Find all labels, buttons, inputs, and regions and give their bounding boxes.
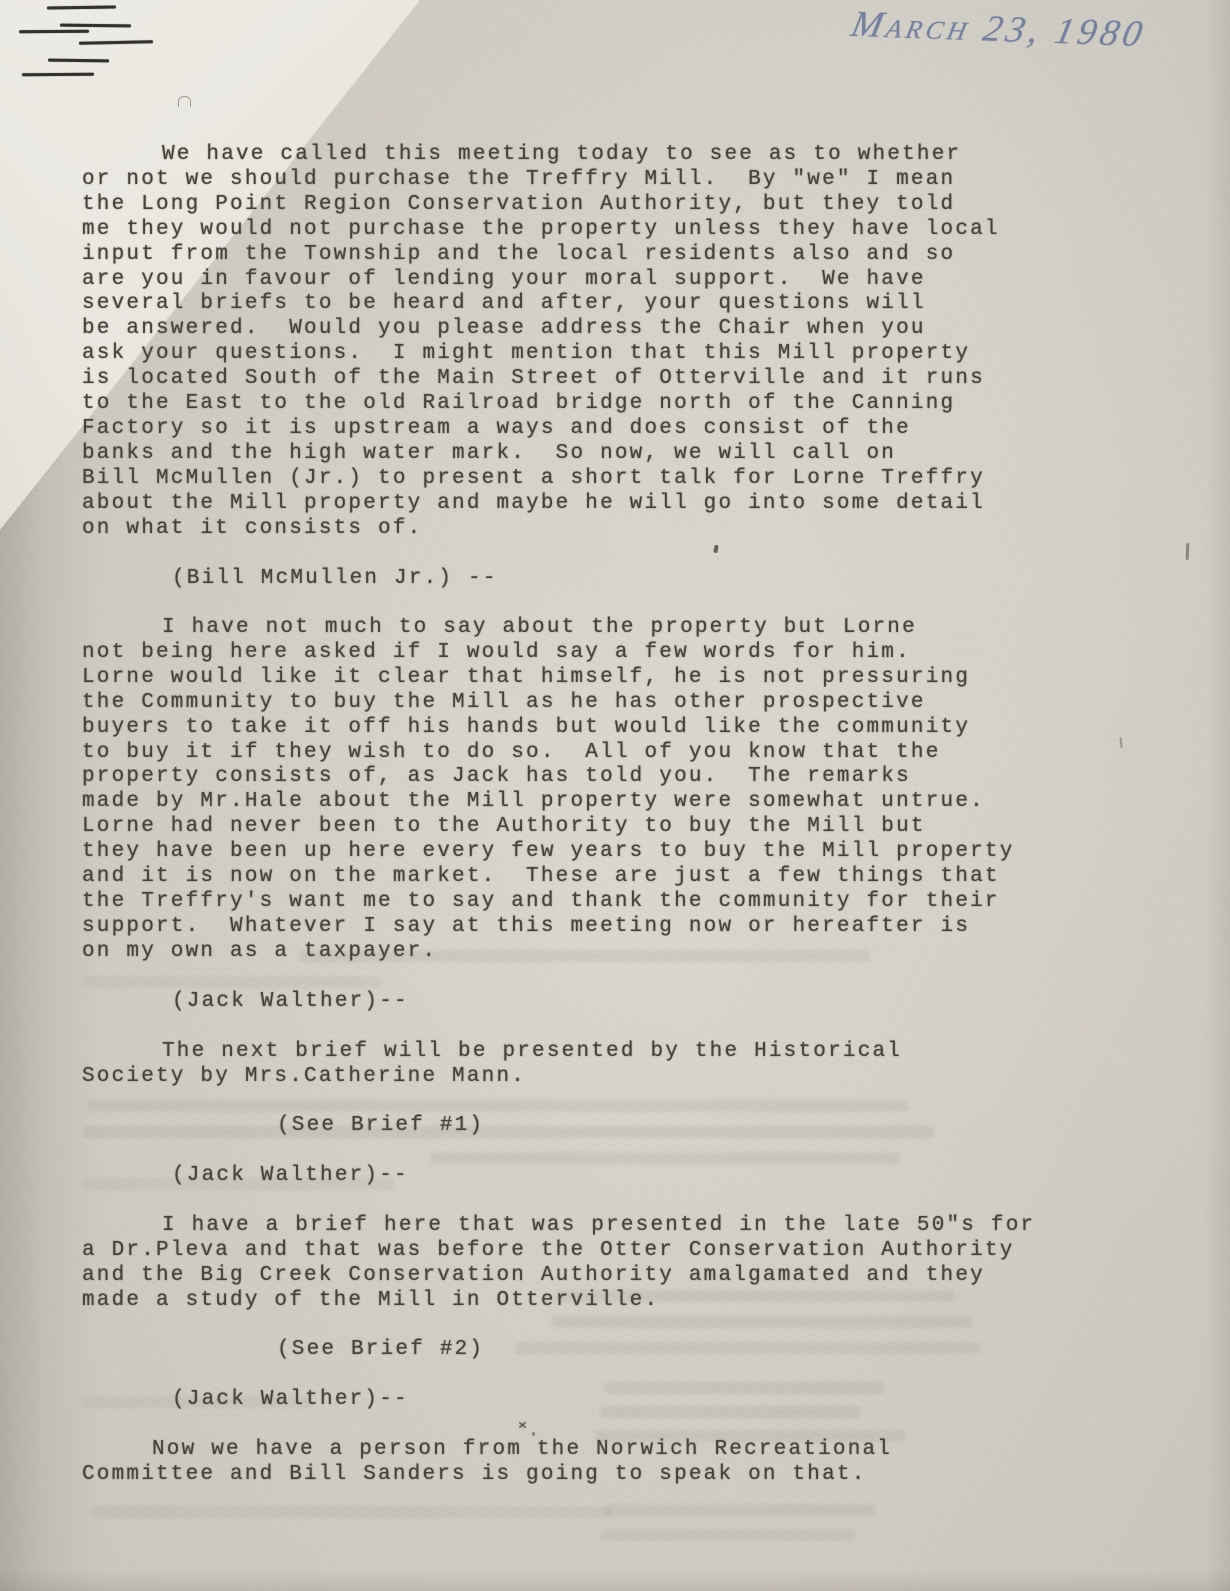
- stage-note-see-brief-2: (See Brief #2): [82, 1338, 1230, 1363]
- handwritten-date: March 23, 1980: [848, 3, 1150, 56]
- speaker-line-jack-walther: (Jack Walther)--: [82, 990, 1230, 1015]
- bleed-through-mark: [430, 1152, 900, 1164]
- page-stack-edge: [19, 30, 89, 34]
- bleed-through-mark: [88, 1100, 908, 1112]
- bleed-through-mark: [82, 976, 382, 988]
- scanned-document-page: March 23, 1980 We have called this meeti…: [0, 0, 1230, 1591]
- typed-paragraph-pleva-brief: I have a brief here that was presented i…: [82, 1214, 1162, 1314]
- typed-paragraph-opening-remarks: We have called this meeting today to see…: [82, 143, 1162, 542]
- typed-paragraph-norwich-committee: Now we have a person from the Norwich Re…: [82, 1438, 1162, 1488]
- page-stack-edge: [60, 24, 131, 28]
- speaker-line-jack-walther: (Jack Walther)--: [82, 1388, 1230, 1413]
- stray-ink-speck: [713, 545, 718, 554]
- typed-paragraph-mcmullen-statement: I have not much to say about the propert…: [82, 616, 1162, 965]
- page-stack-edge: [48, 59, 109, 63]
- bleed-through-mark: [600, 1529, 855, 1541]
- stray-tick-mark: [1186, 543, 1190, 560]
- page-stack-edge: [79, 40, 153, 45]
- bleed-through-mark: [552, 1316, 972, 1328]
- page-stack-edge: [22, 73, 94, 77]
- bleed-through-mark: [92, 1506, 612, 1518]
- stray-pencil-mark: [178, 96, 191, 107]
- page-stack-edge: [47, 6, 116, 10]
- bleed-through-mark: [605, 1504, 875, 1516]
- typed-paragraph-next-brief: The next brief will be presented by the …: [82, 1040, 1162, 1090]
- stray-ink-speck: [532, 1432, 535, 1436]
- speaker-line-bill-mcmullen: (Bill McMullen Jr.) --: [82, 567, 1230, 592]
- stage-note-see-brief-1: (See Brief #1): [82, 1114, 1230, 1139]
- speaker-line-jack-walther: (Jack Walther)--: [82, 1164, 1230, 1189]
